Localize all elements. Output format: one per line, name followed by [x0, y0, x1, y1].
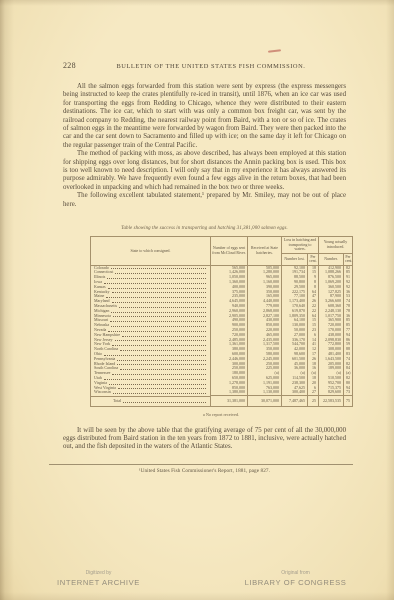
- col-lost: Number lost.: [282, 253, 308, 265]
- dot-leader: [110, 318, 206, 322]
- table-body: Colorado565,000505,00092,10018412,90082C…: [91, 265, 353, 396]
- table-caption: Table showing the success in transportin…: [63, 226, 346, 231]
- salmon-egg-table: State to which consigned. Number of eggs…: [90, 236, 353, 407]
- table-total: Total 31,381,000 30,071,000 7,487,465 25…: [91, 396, 353, 407]
- original-from-label: Original from: [197, 570, 394, 576]
- internet-archive-label: INTERNET ARCHIVE: [0, 578, 197, 587]
- page-title: BULLETIN OF THE UNITED STATES FISH COMMI…: [76, 63, 346, 70]
- source-footnote: ¹United States Fish Commissioner's Repor…: [63, 468, 346, 474]
- dot-leader: [108, 285, 206, 289]
- total-label: Total: [113, 399, 121, 404]
- dot-leader: [104, 352, 206, 356]
- dot-leader: [112, 342, 206, 346]
- table-footnote: a No report received.: [90, 412, 352, 417]
- page-content: 228 BULLETIN OF THE UNITED STATES FISH C…: [63, 61, 346, 474]
- dot-leader: [123, 399, 206, 403]
- intro-paragraphs: All the salmon eggs forwarded from this …: [63, 83, 346, 209]
- col-received: Received at State hatcheries.: [248, 237, 282, 266]
- footnote-rule: [49, 464, 353, 465]
- dot-leader: [112, 371, 206, 375]
- total-received: 30,071,000: [248, 396, 282, 407]
- page-header: 228 BULLETIN OF THE UNITED STATES FISH C…: [63, 61, 346, 70]
- dot-leader: [120, 347, 206, 351]
- dot-leader: [106, 294, 206, 298]
- table-header: State to which consigned. Number of eggs…: [91, 237, 353, 266]
- paragraph: All the salmon eggs forwarded from this …: [63, 83, 346, 150]
- dot-leader: [120, 366, 206, 370]
- dot-leader: [112, 299, 206, 303]
- digitized-by-label: Digitized by: [0, 570, 197, 576]
- col-state: State to which consigned.: [91, 237, 211, 266]
- col-lost-pct: Per cent.: [308, 253, 319, 265]
- paragraph: The method of packing with moss, as abov…: [63, 150, 346, 192]
- total-lost-pct: 25: [308, 396, 319, 407]
- state-name: Wisconsin: [94, 390, 111, 395]
- dot-leader: [113, 313, 206, 317]
- library-of-congress-label: LIBRARY OF CONGRESS: [197, 578, 394, 587]
- dot-leader: [117, 361, 206, 365]
- red-pen-mark: [268, 49, 281, 53]
- dot-leader: [111, 265, 206, 269]
- scan-footer: Digitized by INTERNET ARCHIVE Original f…: [0, 570, 394, 587]
- dot-leader: [112, 289, 206, 293]
- col-young: Number.: [319, 253, 344, 265]
- col-sent: Number of eggs sent from McCloud River.: [211, 237, 248, 266]
- dot-leader: [115, 337, 206, 341]
- dot-leader: [122, 333, 206, 337]
- dot-leader: [104, 376, 206, 380]
- digitized-by-block: Digitized by INTERNET ARCHIVE: [0, 570, 197, 587]
- total-young-pct: 75: [344, 396, 353, 407]
- total-row: Total 31,381,000 30,071,000 7,487,465 25…: [91, 396, 353, 407]
- dot-leader: [104, 280, 206, 284]
- dot-leader: [117, 357, 206, 361]
- dot-leader: [109, 381, 206, 385]
- dot-leader: [111, 323, 206, 327]
- dot-leader: [107, 275, 206, 279]
- total-lost: 7,487,465: [282, 396, 308, 407]
- closing-paragraph: It will be seen by the above table that …: [63, 427, 346, 452]
- dot-leader: [108, 328, 206, 332]
- original-from-block: Original from LIBRARY OF CONGRESS: [197, 570, 394, 587]
- total-young: 22,583,535: [319, 396, 344, 407]
- total-label-cell: Total: [91, 396, 210, 406]
- total-sent: 31,381,000: [211, 396, 248, 407]
- col-young-pct: Per cent.: [344, 253, 353, 265]
- dot-leader: [115, 270, 206, 274]
- dot-leader: [118, 385, 206, 389]
- dot-leader: [119, 304, 206, 308]
- dot-leader: [111, 309, 206, 313]
- col-young-group: Young actually introduced.: [319, 237, 353, 254]
- col-loss-group: Loss in hatching and transporting to wat…: [282, 237, 319, 254]
- page-number: 228: [63, 61, 76, 70]
- paragraph: The following excellent tabulated statem…: [63, 192, 346, 209]
- state-name-cell: Wisconsin: [91, 390, 210, 395]
- dot-leader: [113, 390, 206, 394]
